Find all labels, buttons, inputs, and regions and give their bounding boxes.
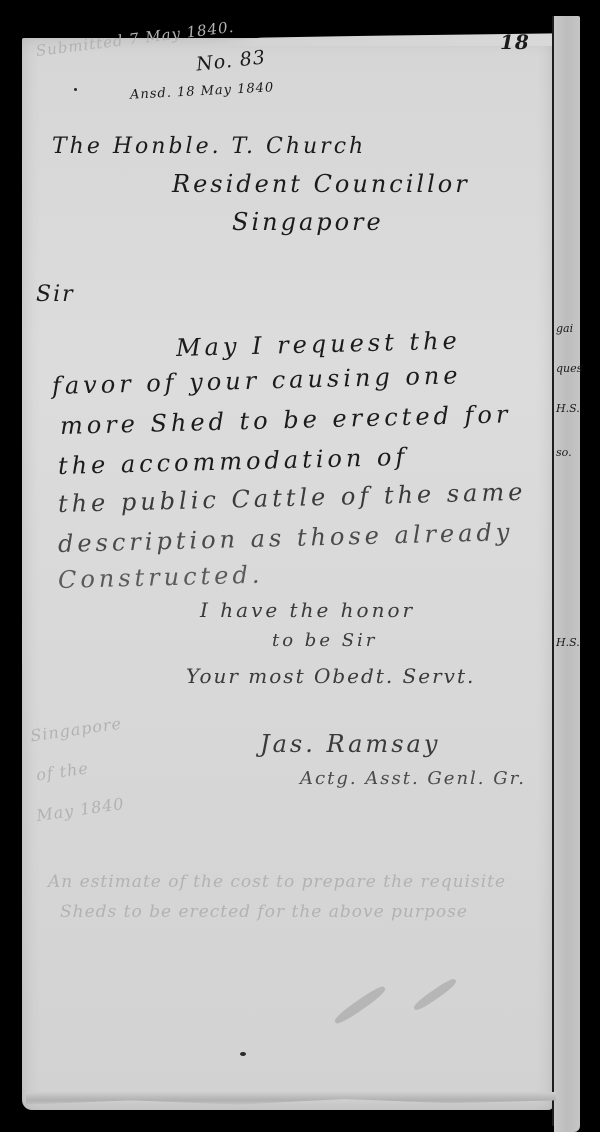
- ink-spot: [74, 88, 77, 91]
- folded-margin-strip: [554, 16, 580, 1132]
- page-number: 18: [500, 30, 530, 54]
- salutation: Sir: [36, 282, 75, 307]
- fold-line: [552, 16, 554, 1126]
- addressee-location: Singapore: [232, 208, 384, 236]
- bottom-note-line: Sheds to be erected for the above purpos…: [60, 902, 468, 922]
- signature: Jas. Ramsay: [260, 730, 440, 758]
- closing-line: Your most Obedt. Servt.: [186, 664, 475, 688]
- margin-fragment: gai: [556, 322, 573, 335]
- margin-fragment: so.: [556, 446, 572, 459]
- margin-fragment: H.S.: [556, 402, 580, 415]
- body-line: Constructed.: [58, 561, 264, 594]
- ink-spot: [240, 1052, 246, 1056]
- bottom-note-line: An estimate of the cost to prepare the r…: [48, 872, 506, 892]
- signatory-title: Actg. Asst. Genl. Gr.: [300, 768, 526, 789]
- closing-line: I have the honor: [200, 598, 415, 622]
- margin-fragment: H.S.: [556, 636, 580, 649]
- addressee-title: Resident Councillor: [172, 170, 470, 198]
- addressee-name: The Honble. T. Church: [52, 134, 366, 159]
- closing-line: to be Sir: [272, 630, 377, 651]
- margin-fragment: ques: [556, 362, 582, 375]
